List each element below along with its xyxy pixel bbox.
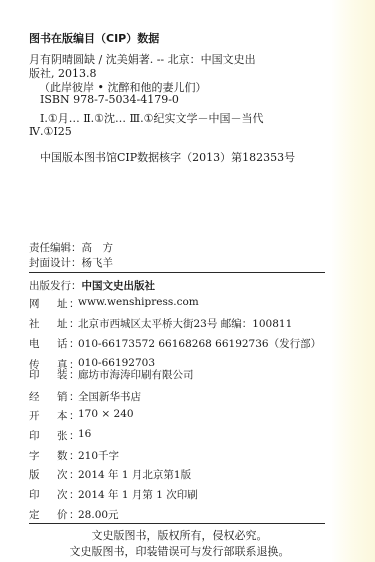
copyright-notice: 文史版图书，版权所有，侵权必究。: [0, 527, 367, 543]
divider-top: [29, 272, 325, 273]
impression-value: 2014 年 1 月第 1 次印刷: [78, 487, 198, 502]
cip-isbn: ISBN 978-7-5034-4179-0: [40, 93, 179, 106]
copyright-page: 图书在版编目（CIP）数据 月有阴晴圆缺 / 沈美娟著. -- 北京：中国文史出…: [0, 0, 375, 562]
cip-classification-1: Ⅰ.①月… Ⅱ.①沈… Ⅲ.①纪实文学－中国－当代: [40, 110, 264, 126]
price-value: 28.00元: [78, 507, 119, 522]
address-value: 北京市西城区太平桥大街23号 邮编：100811: [78, 316, 292, 331]
edition-value: 2014 年 1 月北京第1版: [78, 467, 191, 482]
cover-designer: 封面设计：杨飞羊: [29, 255, 113, 270]
word-count-value: 210千字: [78, 448, 119, 463]
cip-record-number: 中国版本图书馆CIP数据核字（2013）第182353号: [40, 149, 295, 165]
website-value: www.wenshipress.com: [78, 296, 199, 308]
distributor-value: 全国新华书店: [78, 389, 141, 404]
responsible-editor: 责任编辑：高 方: [29, 240, 113, 255]
publisher-label: 出版发行：: [29, 280, 82, 292]
format-value: 170 × 240: [78, 408, 134, 420]
return-policy-notice: 文史版图书，印装错误可与发行部联系退换。: [0, 543, 367, 559]
phone-value: 010-66173572 66168268 66192736（发行部）: [78, 336, 321, 351]
publisher-row: 出版发行：中国文史出版社: [29, 278, 155, 293]
printer-value: 廊坊市海涛印刷有限公司: [78, 367, 194, 382]
cip-classification-2: Ⅳ.①I25: [29, 125, 72, 138]
sheets-value: 16: [78, 428, 91, 440]
publisher-name: 中国文史出版社: [82, 280, 156, 292]
cip-heading: 图书在版编目（CIP）数据: [29, 30, 159, 46]
divider-bottom: [29, 523, 325, 524]
